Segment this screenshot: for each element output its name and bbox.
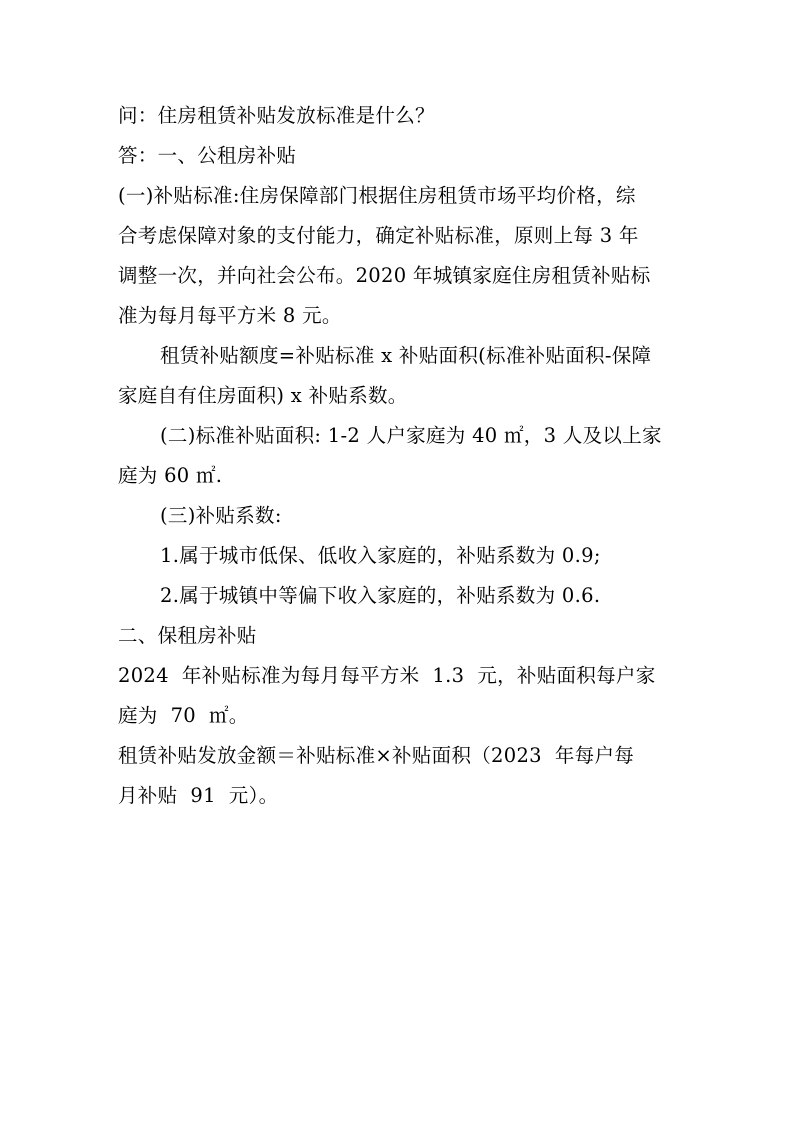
section1-area-paragraph: (二)标准补贴面积: 1-2 人户家庭为 40 ㎡，3 人及以上家 庭为 60 … [118,416,680,496]
section1-standard-paragraph: (一)补贴标准:住房保障部门根据住房租赁市场平均价格，综 合考虑保障对象的支付能… [118,176,680,336]
document-page: 问：住房租赁补贴发放标准是什么？ 答：一、公租房补贴 (一)补贴标准:住房保障部… [118,96,680,816]
paragraph-line: 调整一次，并向社会公布。2020 年城镇家庭住房租赁补贴标 [118,256,680,296]
section1-formula-paragraph: 租赁补贴额度=补贴标准 x 补贴面积(标准补贴面积-保障 家庭自有住房面积) x… [118,336,680,416]
section2-standard-paragraph: 2024 年补贴标准为每月每平方米 1.3 元，补贴面积每户家 庭为 70 ㎡。 [118,656,680,736]
coefficient-item: 2.属于城镇中等偏下收入家庭的，补贴系数为 0.6. [118,576,680,616]
paragraph-line: 租赁补贴发放金额＝补贴标准×补贴面积（2023 年每户每 [118,736,680,776]
paragraph-line: 准为每月每平方米 8 元。 [118,296,680,336]
section2-heading: 二、保租房补贴 [118,616,680,656]
paragraph-line: 2024 年补贴标准为每月每平方米 1.3 元，补贴面积每户家 [118,656,680,696]
paragraph-line: 合考虑保障对象的支付能力，确定补贴标准，原则上每 3 年 [118,216,680,256]
paragraph-line: (二)标准补贴面积: 1-2 人户家庭为 40 ㎡，3 人及以上家 [118,416,680,456]
paragraph-line: 庭为 60 ㎡. [118,456,680,496]
paragraph-line: 庭为 70 ㎡。 [118,696,680,736]
question-line: 问：住房租赁补贴发放标准是什么？ [118,96,680,136]
answer-heading: 答：一、公租房补贴 [118,136,680,176]
coefficient-item: 1.属于城市低保、低收入家庭的，补贴系数为 0.9; [118,536,680,576]
section2-amount-paragraph: 租赁补贴发放金额＝补贴标准×补贴面积（2023 年每户每 月补贴 91 元）。 [118,736,680,816]
paragraph-line: (一)补贴标准:住房保障部门根据住房租赁市场平均价格，综 [118,176,680,216]
paragraph-line: 月补贴 91 元）。 [118,776,680,816]
paragraph-line: 租赁补贴额度=补贴标准 x 补贴面积(标准补贴面积-保障 [118,336,680,376]
paragraph-line: 家庭自有住房面积) x 补贴系数。 [118,376,680,416]
coefficient-heading: (三)补贴系数: [118,496,680,536]
